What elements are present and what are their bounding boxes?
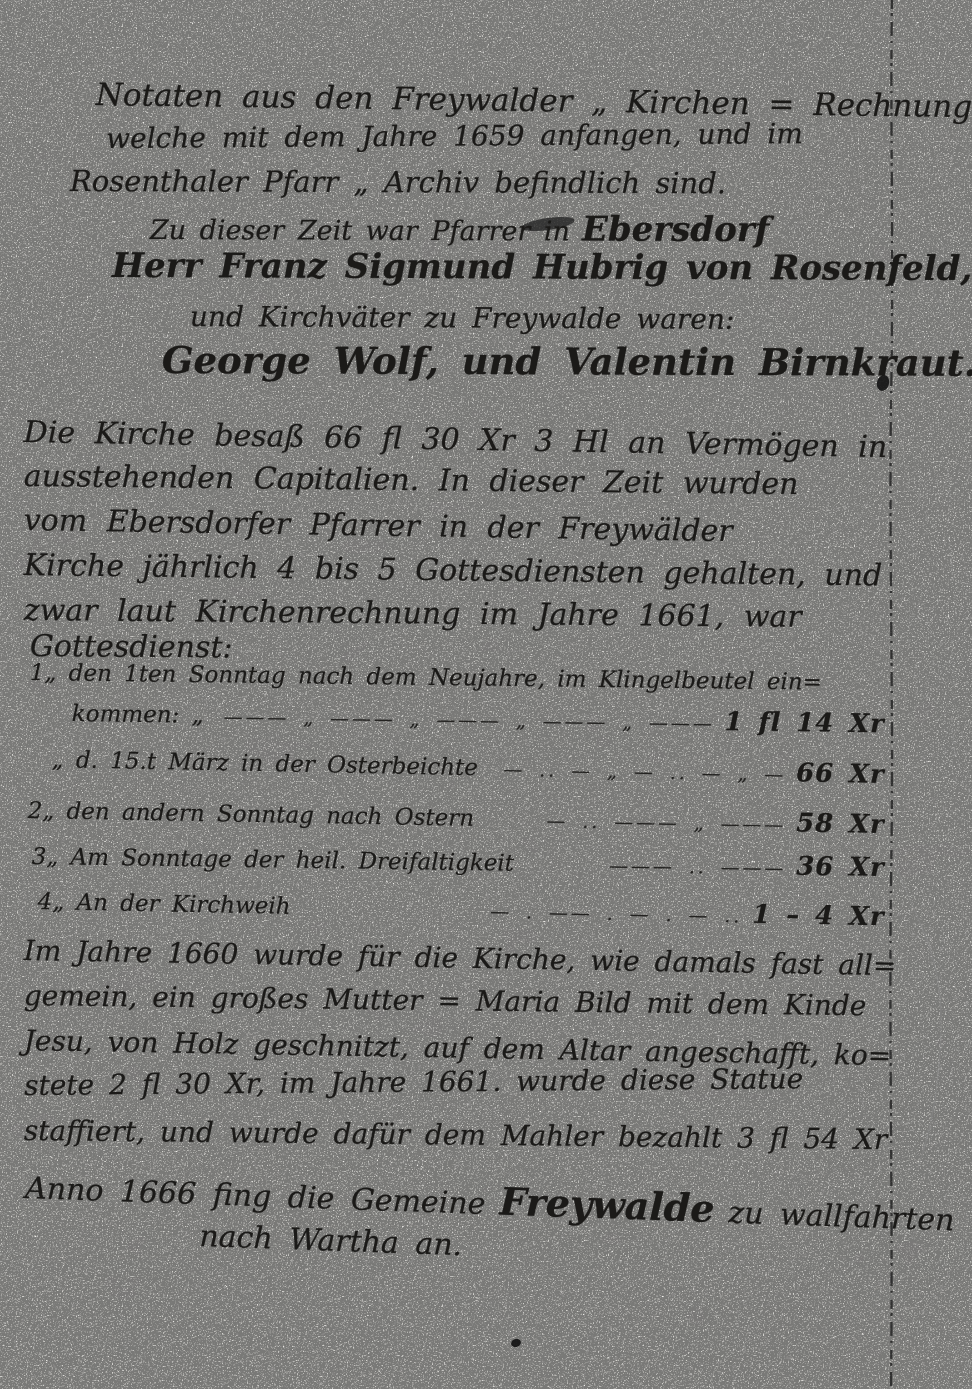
manuscript-page: Notaten aus den Freywalder „ Kirchen = R…: [0, 0, 972, 1389]
dash-leader: ——— „ ——— „ ——— „ ——— „ ———: [203, 706, 724, 735]
dash-leader: ——— .. ———: [514, 854, 797, 880]
ledger-amount: 1 fl 14 Xr: [724, 707, 884, 739]
heading-pastor-prefix: Zu dieser Zeit war Pfarrer in: [150, 215, 570, 247]
dash-leader: — .. — „ — .. — „ —: [478, 758, 797, 786]
ledger-amount: 66 Xr: [796, 758, 885, 790]
churchwardens-names-line: George Wolf, und Valentin Birnkraut.: [162, 340, 972, 384]
body-line: ausstehenden Capitalien. In dieser Zeit …: [24, 460, 799, 501]
ledger-amount: 1 – 4 Xr: [752, 900, 885, 933]
heading-pastor-line: Zu dieser Zeit war Pfarrer inEbersdorf: [150, 210, 770, 250]
ledger-entry-text: 4„ An der Kirchweih: [37, 889, 290, 920]
title-line-2: welche mit dem Jahre 1659 anfangen, und …: [106, 119, 803, 155]
body-line: stete 2 fl 30 Xr, im Jahre 1661. wurde d…: [24, 1064, 803, 1102]
dash-leader: — .. ——— „ ———: [474, 809, 797, 837]
body-line: zwar laut Kirchenrechnung im Jahre 1661,…: [24, 594, 802, 634]
pastor-name-line: Herr Franz Sigmund Hubrig von Rosenfeld,: [112, 248, 972, 288]
place-name-freywalde: Freywalde: [499, 1179, 716, 1231]
ledger-entry-text: kommen: „: [72, 701, 204, 729]
churchwardens-intro-line: und Kirchväter zu Freywalde waren:: [190, 302, 735, 336]
dash-leader: [822, 690, 885, 691]
body-line: Gottesdienst:: [30, 630, 233, 664]
place-name-ebersdorf: Ebersdorf: [582, 210, 770, 251]
ledger-amount: 36 Xr: [796, 852, 885, 883]
ledger-entry-text: 3„ Am Sonntage der heil. Dreifaltigkeit: [32, 844, 515, 877]
title-line-3: Rosenthaler Pfarr „ Archiv befindlich si…: [70, 166, 726, 200]
ledger-amount: 58 Xr: [796, 808, 885, 840]
